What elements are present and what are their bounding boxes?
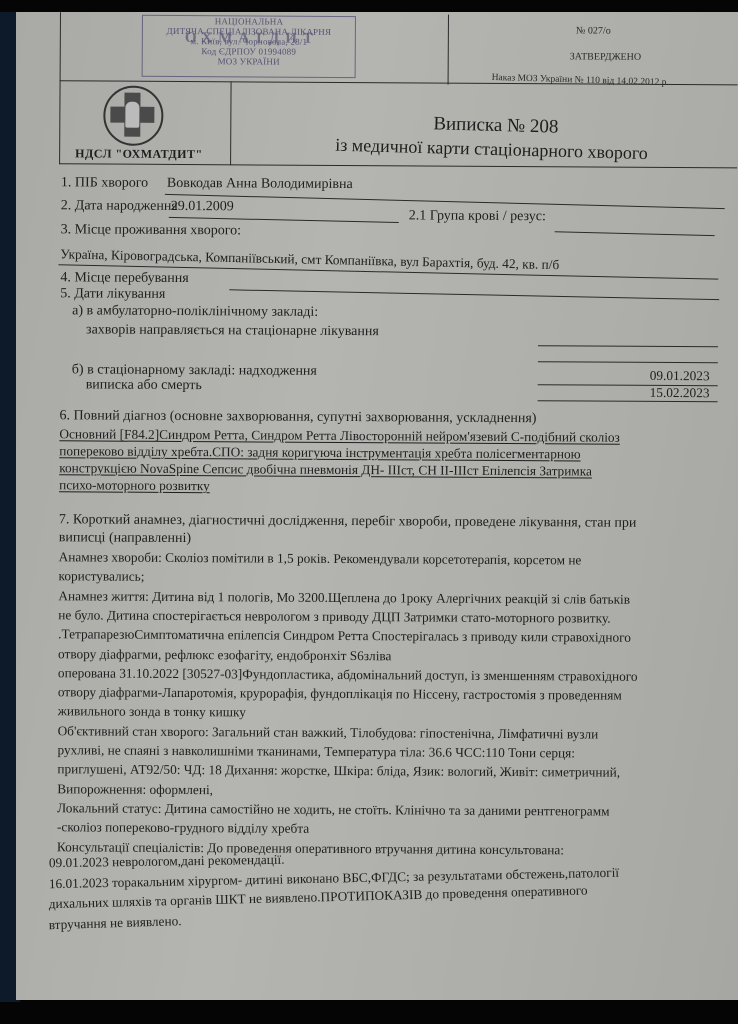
field-birth-date-value: 29.01.2009 [171, 199, 234, 215]
field-underline [555, 231, 715, 236]
field-patient-name-value: Вовкодав Анна Володимирівна [167, 176, 353, 193]
diagnosis-text: Основний [F84.2]Синдром Ретта, Синдром Р… [16, 12, 738, 16]
field-underline [538, 345, 718, 347]
consultations-text: 09.01.2023 неврологом,дані рекомендації.… [16, 12, 738, 16]
anamnesis-line: Випорожнення: оформлені, [57, 781, 213, 798]
stamp-line: МОЗ УКРАЇНИ [143, 56, 355, 67]
field-stay-place-label: 4. Місце перебування [60, 270, 188, 287]
diagnosis-line: психо-моторного розвитку [59, 477, 210, 494]
anamnesis-line: Анамнез хвороби: Сколіоз помітили в 1,5 … [59, 549, 582, 568]
anamnesis-line: -сколіоз попереково-грудного відділу хре… [57, 819, 309, 837]
field-blood-group-label: 2.1 Група крові / резус: [409, 208, 546, 225]
hospital-stamp: НАЦІОНАЛЬНА ДИТЯЧА СПЕЦІАЛІЗОВАНА ЛІКАРН… [142, 15, 356, 78]
form-number: № 027/о [576, 25, 611, 36]
document-title: Виписка № 208 [433, 113, 559, 138]
document-subtitle: із медичної карти стаціонарного хворого [335, 135, 648, 164]
hospital-cross-logo-icon [103, 86, 163, 146]
field-underline [229, 289, 719, 300]
field-patient-name-label: 1. ПІБ хворого [61, 175, 148, 192]
background-bottom-edge [0, 1002, 738, 1024]
form-order: Наказ МОЗ України № 110 від 14.02.2012 р… [491, 73, 669, 88]
anamnesis-line: Об'єктивний стан хворого: Загальний стан… [58, 723, 599, 742]
consultation-line: 09.01.2023 неврологом,дані рекомендації. [49, 852, 285, 871]
header-divider-vertical-top [448, 15, 449, 85]
anamnesis-line: Локальний статус: Дитина самостійно не х… [57, 800, 610, 819]
anamnesis-line: отвору діафрагми, рефлюкс езофагіту, енд… [58, 646, 391, 664]
field-underline [538, 400, 718, 402]
header-border-left [59, 12, 61, 164]
diagnosis-line: Основний [F84.2]Синдром Ретта, Синдром Р… [59, 426, 620, 445]
field-admission-date: 09.01.2023 [650, 368, 710, 384]
diagnosis-line: попереково відділу хребта.СПО: задня кор… [59, 443, 580, 462]
anamnesis-line: Анамнез життя: Дитина від 1 пологів, Мо … [58, 588, 630, 607]
field-discharge-label: виписка або смерть [86, 377, 202, 394]
anamnesis-line: оперована 31.10.2022 [30527-03]Фундоплас… [58, 665, 638, 685]
field-residence-label: 3. Місце проживання хворого: [61, 222, 242, 239]
field-outpatient-label: а) в амбулаторно-поліклінічному закладі: [72, 303, 318, 321]
field-underline [169, 217, 399, 223]
anamnesis-label-2: виписці (направленні) [59, 530, 191, 547]
hospital-name: НДСЛ "ОХМАТДИТ" [75, 146, 203, 162]
anamnesis-line: отвору діафрагми-Лапаротомія, крурорафія… [58, 684, 622, 703]
stamp-hospital-name: ОХМАТДИТ [185, 33, 319, 44]
document-page: НАЦІОНАЛЬНА ДИТЯЧА СПЕЦІАЛІЗОВАНА ЛІКАРН… [16, 12, 738, 1000]
consultation-line: втручання не виявлено. [48, 913, 181, 933]
field-underline [165, 194, 725, 209]
field-discharge-date: 15.02.2023 [650, 385, 710, 401]
anamnesis-line: користувались; [59, 569, 145, 586]
diagnosis-label: 6. Повний діагноз (основне захворювання,… [59, 408, 536, 427]
field-birth-date-label: 2. Дата народження [61, 198, 178, 215]
anamnesis-line: .ТетрапарезюСимптоматична епілепсія Синд… [58, 626, 631, 645]
anamnesis-line: живильного зонда в тонку кишку [58, 704, 246, 721]
anamnesis-label-1: 7. Короткий анамнез, діагностичні дослід… [59, 512, 637, 532]
form-approved: ЗАТВЕРДЖЕНО [570, 51, 641, 62]
diagnosis-line: конструкцією NovaSpine Сепсис двобічна п… [59, 460, 592, 479]
field-underline [538, 361, 718, 363]
anamnesis-line: не було. Дитина спостерігається невролог… [58, 607, 610, 626]
anamnesis-line: приглушені, АТ92/50: ЧД: 18 Дихання: жор… [57, 762, 620, 781]
field-treatment-dates-label: 5. Дати лікування [60, 286, 165, 303]
header-border-bottom [59, 163, 737, 168]
field-outpatient-sub: захворів направляється на стаціонарне лі… [86, 322, 379, 340]
header-divider-vertical-logo [230, 81, 232, 165]
anamnesis-text: Анамнез хвороби: Сколіоз помітили в 1,5 … [16, 12, 738, 16]
anamnesis-line: рухливі, не спаяні з навколишніми тканин… [57, 742, 575, 761]
